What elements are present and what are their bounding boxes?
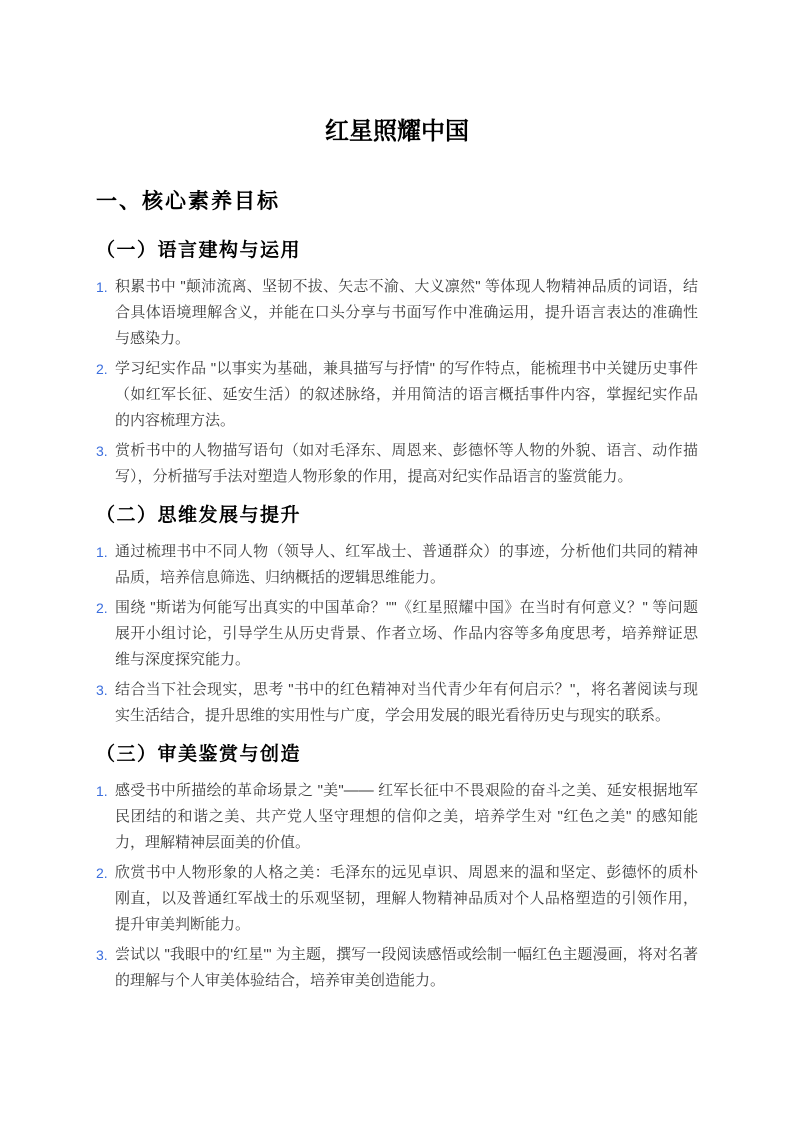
list-number: 2. [96, 860, 115, 886]
list-number: 1. [96, 539, 115, 565]
list-item: 3. 结合当下社会现实，思考 "书中的红色精神对当代青少年有何启示？"，将名著阅… [96, 677, 698, 729]
list-item: 3. 尝试以 "我眼中的'红星'" 为主题，撰写一段阅读感悟或绘制一幅红色主题漫… [96, 942, 698, 994]
list-number: 3. [96, 942, 115, 968]
list-item: 3. 赏析书中的人物描写语句（如对毛泽东、周恩来、彭德怀等人物的外貌、语言、动作… [96, 438, 698, 490]
list-number: 2. [96, 595, 115, 621]
list-item-text: 结合当下社会现实，思考 "书中的红色精神对当代青少年有何启示？"，将名著阅读与现… [115, 677, 698, 729]
list-item-text: 通过梳理书中不同人物（领导人、红军战士、普通群众）的事迹，分析他们共同的精神品质… [115, 539, 698, 591]
list-item: 2. 学习纪实作品 "以事实为基础，兼具描写与抒情" 的写作特点，能梳理书中关键… [96, 356, 698, 434]
list-item: 1. 通过梳理书中不同人物（领导人、红军战士、普通群众）的事迹，分析他们共同的精… [96, 539, 698, 591]
subsection-heading-1: （一）语言建构与运用 [96, 238, 698, 264]
list-item: 2. 欣赏书中人物形象的人格之美：毛泽东的远见卓识、周恩来的温和坚定、彭德怀的质… [96, 860, 698, 938]
numbered-list-3: 1. 感受书中所描绘的革命场景之 "美"—— 红军长征中不畏艰险的奋斗之美、延安… [96, 778, 698, 994]
list-item-text: 积累书中 "颠沛流离、坚韧不拔、矢志不渝、大义凛然" 等体现人物精神品质的词语，… [115, 274, 698, 352]
numbered-list-1: 1. 积累书中 "颠沛流离、坚韧不拔、矢志不渝、大义凛然" 等体现人物精神品质的… [96, 274, 698, 490]
list-number: 2. [96, 356, 115, 382]
list-number: 1. [96, 778, 115, 804]
list-item-text: 尝试以 "我眼中的'红星'" 为主题，撰写一段阅读感悟或绘制一幅红色主题漫画，将… [115, 942, 698, 994]
list-number: 1. [96, 274, 115, 300]
list-item: 1. 积累书中 "颠沛流离、坚韧不拔、矢志不渝、大义凛然" 等体现人物精神品质的… [96, 274, 698, 352]
list-item: 2. 围绕 "斯诺为何能写出真实的中国革命？""《红星照耀中国》在当时有何意义？… [96, 595, 698, 673]
list-item-text: 学习纪实作品 "以事实为基础，兼具描写与抒情" 的写作特点，能梳理书中关键历史事… [115, 356, 698, 434]
list-item-text: 感受书中所描绘的革命场景之 "美"—— 红军长征中不畏艰险的奋斗之美、延安根据地… [115, 778, 698, 856]
list-item: 1. 感受书中所描绘的革命场景之 "美"—— 红军长征中不畏艰险的奋斗之美、延安… [96, 778, 698, 856]
list-item-text: 赏析书中的人物描写语句（如对毛泽东、周恩来、彭德怀等人物的外貌、语言、动作描写）… [115, 438, 698, 490]
document-page: 红星照耀中国 一、核心素养目标 （一）语言建构与运用 1. 积累书中 "颠沛流离… [0, 0, 794, 1123]
list-number: 3. [96, 438, 115, 464]
document-title: 红星照耀中国 [96, 116, 698, 148]
list-item-text: 欣赏书中人物形象的人格之美：毛泽东的远见卓识、周恩来的温和坚定、彭德怀的质朴刚直… [115, 860, 698, 938]
list-item-text: 围绕 "斯诺为何能写出真实的中国革命？""《红星照耀中国》在当时有何意义？" 等… [115, 595, 698, 673]
subsection-heading-3: （三）审美鉴赏与创造 [96, 742, 698, 768]
numbered-list-2: 1. 通过梳理书中不同人物（领导人、红军战士、普通群众）的事迹，分析他们共同的精… [96, 539, 698, 729]
subsection-heading-2: （二）思维发展与提升 [96, 503, 698, 529]
section-heading: 一、核心素养目标 [96, 188, 698, 216]
list-number: 3. [96, 677, 115, 703]
